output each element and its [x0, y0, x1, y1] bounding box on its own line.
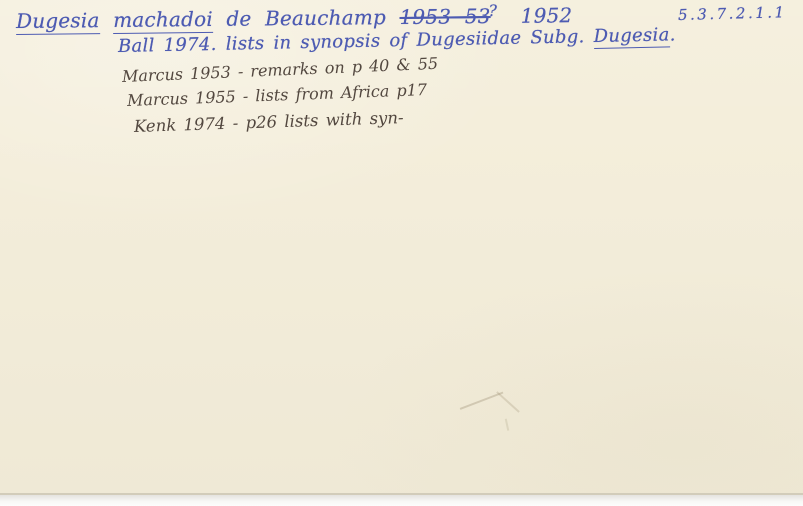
- species-name: machadoi: [113, 7, 213, 34]
- scanner-edge-strip: [0, 495, 803, 506]
- catalog-number: 5.3.7.2.1.1: [678, 3, 787, 24]
- reference-suffix: .: [669, 24, 675, 45]
- author-name: de Beauchamp: [226, 5, 386, 31]
- crease-mark: [460, 392, 503, 410]
- scanned-index-card: Dugesia machadoi de Beauchamp 1953 53? 1…: [0, 0, 803, 506]
- crease-mark: [496, 391, 519, 412]
- reference-line-kenk-1974: Kenk 1974 - p26 lists with syn-: [134, 108, 404, 136]
- index-card: Dugesia machadoi de Beauchamp 1953 53? 1…: [0, 0, 803, 495]
- underlined-genus: Dugesia: [593, 24, 669, 49]
- year-struck: 1953 53: [399, 4, 490, 29]
- year-final: 1952: [521, 3, 573, 28]
- query-mark: ?: [488, 2, 497, 20]
- crease-mark: [505, 419, 509, 431]
- reference-line-marcus-1955: Marcus 1955 - lists from Africa p17: [127, 80, 428, 110]
- genus-name: Dugesia: [16, 8, 100, 35]
